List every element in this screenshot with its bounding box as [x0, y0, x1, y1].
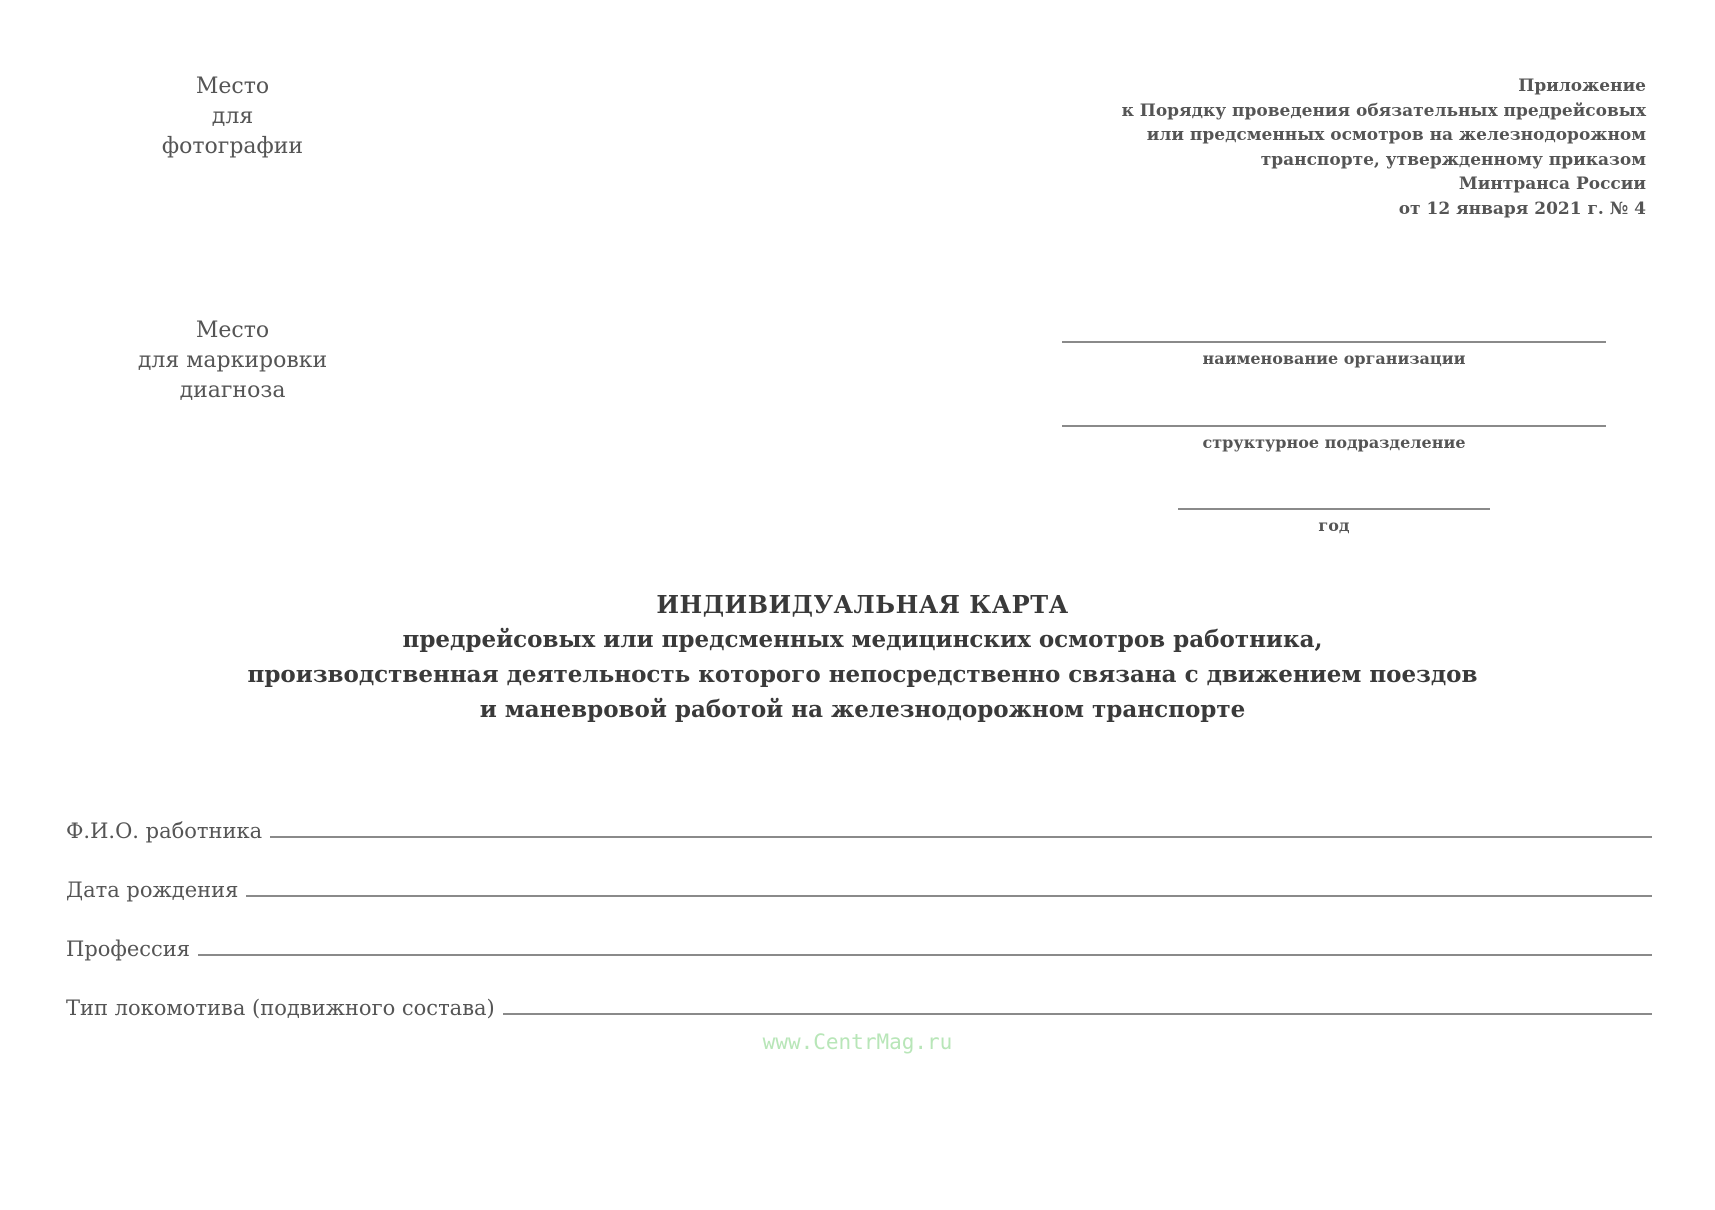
organization-input-line[interactable] — [1062, 341, 1606, 343]
field-label: Ф.И.О. работника — [66, 818, 270, 844]
field-locomotive-type: Тип локомотива (подвижного состава) — [66, 989, 1652, 1021]
appendix-header: Приложение к Порядку проведения обязател… — [1086, 74, 1646, 222]
subdivision-input-line[interactable] — [1062, 425, 1606, 427]
appendix-line: от 12 января 2021 г. № 4 — [1086, 197, 1646, 222]
organization-field: наименование организации — [1062, 341, 1606, 368]
appendix-line: транспорте, утвержденному приказом — [1086, 148, 1646, 173]
appendix-line: к Порядку проведения обязательных предре… — [1086, 99, 1646, 124]
year-caption: год — [1178, 516, 1490, 535]
title-main: ИНДИВИДУАЛЬНАЯ КАРТА — [120, 588, 1605, 622]
profession-input[interactable] — [198, 930, 1652, 956]
title-subline: производственная деятельность которого н… — [120, 657, 1605, 692]
photo-placeholder-line: фотографии — [130, 132, 335, 162]
subdivision-field: структурное подразделение — [1062, 425, 1606, 452]
photo-placeholder: Место для фотографии — [130, 72, 335, 162]
field-employee-name: Ф.И.О. работника — [66, 812, 1652, 844]
field-label: Дата рождения — [66, 877, 246, 903]
diagnosis-placeholder-line: диагноза — [120, 376, 345, 406]
field-profession: Профессия — [66, 930, 1652, 962]
watermark: www.CentrMag.ru — [0, 1030, 1715, 1054]
appendix-line: Минтранса России — [1086, 172, 1646, 197]
title-subline: предрейсовых или предсменных медицинских… — [120, 622, 1605, 657]
subdivision-caption: структурное подразделение — [1062, 433, 1606, 452]
field-label: Профессия — [66, 936, 198, 962]
photo-placeholder-line: Место — [130, 72, 335, 102]
title-subline: и маневровой работой на железнодорожном … — [120, 692, 1605, 727]
document-title: ИНДИВИДУАЛЬНАЯ КАРТА предрейсовых или пр… — [120, 588, 1605, 727]
field-label: Тип локомотива (подвижного состава) — [66, 995, 503, 1021]
year-input-line[interactable] — [1178, 508, 1490, 510]
organization-caption: наименование организации — [1062, 349, 1606, 368]
field-birth-date: Дата рождения — [66, 871, 1652, 903]
appendix-line: Приложение — [1086, 74, 1646, 99]
diagnosis-placeholder-line: для маркировки — [120, 346, 345, 376]
photo-placeholder-line: для — [130, 102, 335, 132]
locomotive-type-input[interactable] — [503, 989, 1652, 1015]
diagnosis-placeholder: Место для маркировки диагноза — [120, 316, 345, 406]
birth-date-input[interactable] — [246, 871, 1652, 897]
year-field: год — [1178, 508, 1490, 535]
appendix-line: или предсменных осмотров на железнодорож… — [1086, 123, 1646, 148]
employee-name-input[interactable] — [270, 812, 1652, 838]
diagnosis-placeholder-line: Место — [120, 316, 345, 346]
